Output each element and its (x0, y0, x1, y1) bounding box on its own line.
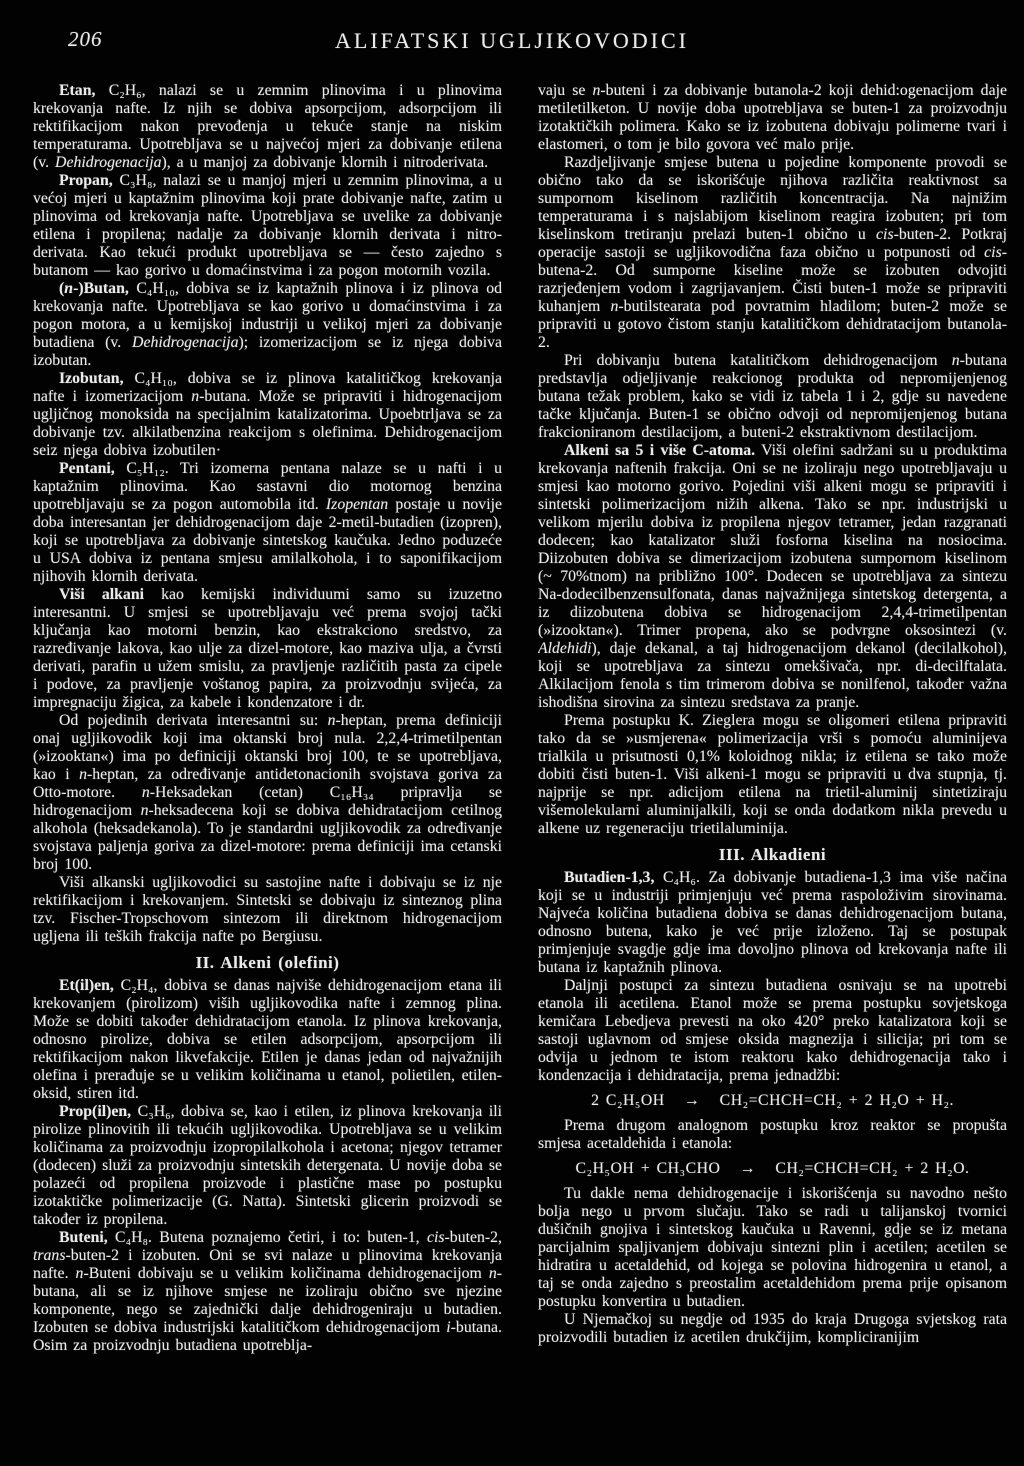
text-run: C₂H₅OH + CH₃CHO → CH₂=CHCH=CH₂ + 2 H₂O. (576, 1160, 970, 1177)
paragraph: Prema drugom analognom postupku kroz rea… (538, 1117, 1007, 1153)
text-run: Etan, (59, 82, 95, 99)
paragraph: Buteni, C₄H₈. Butena poznajemo četiri, i… (33, 1229, 502, 1355)
text-run: ), daje dekanal, a taj hidrogenacijom de… (538, 640, 1007, 711)
page-title: ALIFATSKI UGLJIKOVODICI (0, 28, 1024, 54)
text-run: -Buteni dobivaju se u velikim količinama… (83, 1265, 488, 1282)
text-run: n (142, 784, 150, 801)
text-run: 2 C₂H₅OH → CH₂=CHCH=CH₂ + 2 H₂O + H₂. (591, 1092, 954, 1109)
text-run: cis (427, 1229, 445, 1246)
text-run: Alkeni sa 5 i više C-atoma. (564, 442, 755, 459)
text-run: n (328, 712, 336, 729)
paragraph: U Njemačkoj su negdje od 1935 do kraja D… (538, 1311, 1007, 1347)
text-run: n (64, 280, 73, 297)
paragraph: Razdjeljivanje smjese butena u pojedine … (538, 154, 1007, 352)
text-run: Et(il)en, (59, 977, 114, 994)
text-run: C₃H₆, dobiva se, kao i etilen, iz plinov… (33, 1103, 502, 1228)
text-run: n (952, 352, 960, 369)
paragraph: Propan, C₃H₈, nalazi se u manjoj mjeri u… (33, 172, 502, 280)
text-run: Prema postupku K. Zieglera mogu se oligo… (538, 712, 1007, 837)
text-run: Od pojedinih derivata interesantni su: (59, 712, 328, 729)
text-run: Dehidrogenacija (132, 334, 238, 351)
text-run: ), a u manjoj za dobivanje klornih i nit… (162, 154, 489, 171)
text-run: Butadien-1,3, (564, 869, 654, 886)
right-column: vaju se n-buteni i za dobivanje butanola… (538, 82, 1007, 1466)
chemical-equation: 2 C₂H₅OH → CH₂=CHCH=CH₂ + 2 H₂O + H₂. (538, 1092, 1007, 1110)
text-run: III. Alkadieni (719, 845, 826, 864)
paragraph: Etan, C₂H₆, nalazi se u zemnim plinovima… (33, 82, 502, 172)
text-run: C₄H₈. Butena poznajemo četiri, i to: but… (108, 1229, 427, 1246)
text-run: Prop(il)en, (59, 1103, 131, 1120)
paragraph: Pentani, C₅H₁₂. Tri izomerna pentana nal… (33, 460, 502, 586)
section-heading: III. Alkadieni (538, 846, 1007, 864)
chemical-equation: C₂H₅OH + CH₃CHO → CH₂=CHCH=CH₂ + 2 H₂O. (538, 1160, 1007, 1178)
text-run: II. Alkeni (olefini) (196, 953, 340, 972)
paragraph: Viši alkanski ugljikovodici su sastojine… (33, 874, 502, 946)
text-run: Pentani, (59, 460, 115, 477)
text-run: cis (876, 226, 894, 243)
text-run: vaju se (538, 82, 593, 99)
text-run: Izobutan, (59, 370, 124, 387)
text-run: C₂H₄, dobiva se danas najviše dehidrogen… (33, 977, 502, 1102)
two-column-text: Etan, C₂H₆, nalazi se u zemnim plinovima… (33, 82, 1007, 1466)
book-page-scan: 206 ALIFATSKI UGLJIKOVODICI Etan, C₂H₆, … (0, 0, 1024, 1466)
text-run: trans (33, 1247, 65, 1264)
text-run: Viši olefini sadržani su u produktima kr… (538, 442, 1007, 639)
text-run: n (79, 766, 87, 783)
paragraph: Butadien-1,3, C₄H₆. Za dobivanje butadie… (538, 869, 1007, 977)
text-run: Prema drugom analognom postupku kroz rea… (538, 1117, 1007, 1152)
text-run: Aldehidi (538, 640, 592, 657)
paragraph: Et(il)en, C₂H₄, dobiva se danas najviše … (33, 977, 502, 1103)
text-run: Propan, (59, 172, 113, 189)
text-run: -buten-2, (445, 1229, 502, 1246)
text-run: Dehidrogenacija (55, 154, 161, 171)
text-run: n (191, 388, 199, 405)
text-run: Viši alkanski ugljikovodici su sastojine… (33, 874, 502, 945)
paragraph: Od pojedinih derivata interesantni su: n… (33, 712, 502, 874)
paragraph: Alkeni sa 5 i više C-atoma. Viši olefini… (538, 442, 1007, 712)
text-run: -buteni i za dobivanje butanola-2 koji d… (538, 82, 1007, 153)
text-run: Pri dobivanju butena katalitičkom dehidr… (564, 352, 952, 369)
paragraph: Daljnji postupci za sintezu butadiena os… (538, 977, 1007, 1085)
left-column: Etan, C₂H₆, nalazi se u zemnim plinovima… (33, 82, 502, 1466)
paragraph: Prop(il)en, C₃H₆, dobiva se, kao i etile… (33, 1103, 502, 1229)
text-run: Daljnji postupci za sintezu butadiena os… (538, 977, 1007, 1084)
text-run: Buteni, (59, 1229, 108, 1246)
paragraph-continuation: vaju se n-buteni i za dobivanje butanola… (538, 82, 1007, 154)
text-run: Tu dakle nema dehidrogenacije i iskorišć… (538, 1185, 1007, 1310)
paragraph: Izobutan, C₄H₁₀, dobiva se iz plinova ka… (33, 370, 502, 460)
section-heading: II. Alkeni (olefini) (33, 954, 502, 972)
text-run: kao kemijski individuumi samo su izuzetn… (33, 586, 502, 711)
paragraph: Tu dakle nema dehidrogenacije i iskorišć… (538, 1185, 1007, 1311)
text-run: cis (984, 244, 1002, 261)
paragraph: (n-)Butan, C₄H₁₀, dobiva se iz kaptažnih… (33, 280, 502, 370)
text-run: -)Butan, (73, 280, 129, 297)
text-run: Viši alkani (59, 586, 144, 603)
paragraph: Pri dobivanju butena katalitičkom dehidr… (538, 352, 1007, 442)
paragraph: Prema postupku K. Zieglera mogu se oligo… (538, 712, 1007, 838)
paragraph: Viši alkani kao kemijski individuumi sam… (33, 586, 502, 712)
text-run: Izopentan (326, 496, 388, 513)
text-run: U Njemačkoj su negdje od 1935 do kraja D… (538, 1311, 1007, 1346)
text-run: n (489, 1265, 497, 1282)
